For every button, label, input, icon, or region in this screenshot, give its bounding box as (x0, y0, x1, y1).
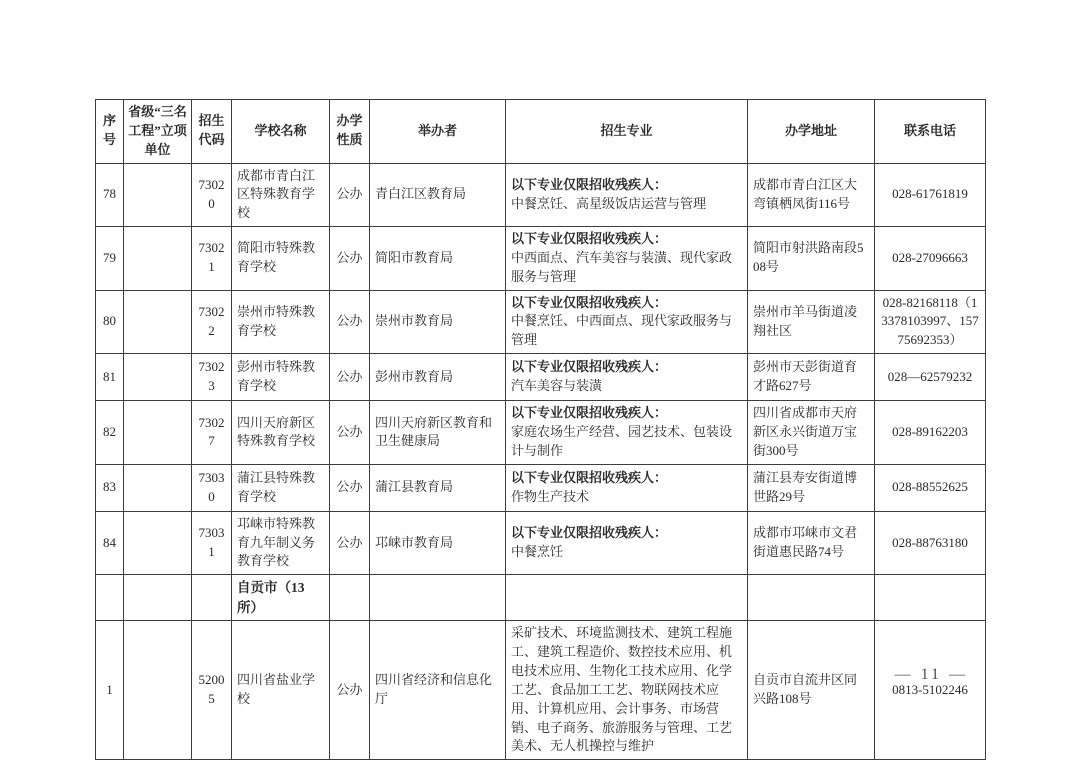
cell-phone: 028-61761819 (875, 163, 986, 227)
empty-cell (370, 575, 506, 621)
section-row: 自贡市（13所） (96, 575, 986, 621)
empty-cell (875, 575, 986, 621)
cell-school: 四川省盐业学校 (232, 621, 330, 760)
majors-list: 作物生产技术 (511, 488, 742, 507)
cell-organizer: 蒲江县教育局 (370, 464, 506, 511)
cell-address: 成都市邛崃市文君街道惠民路74号 (748, 511, 875, 575)
cell-seq: 82 (96, 401, 124, 465)
col-header-project-unit: 省级“三名工程”立项单位 (124, 100, 192, 164)
cell-project-unit (124, 354, 192, 401)
table-row: 152005四川省盐业学校公办四川省经济和信息化厅采矿技术、环境监测技术、建筑工… (96, 621, 986, 760)
cell-school: 邛崃市特殊教育九年制义务教育学校 (232, 511, 330, 575)
cell-nature: 公办 (330, 354, 370, 401)
majors-list: 家庭农场生产经营、园艺技术、包装设计与制作 (511, 423, 742, 461)
col-header-address: 办学地址 (748, 100, 875, 164)
cell-code: 52005 (192, 621, 232, 760)
cell-phone: 028-88763180 (875, 511, 986, 575)
cell-project-unit (124, 621, 192, 760)
cell-phone: 028—62579232 (875, 354, 986, 401)
cell-school: 四川天府新区特殊教育学校 (232, 401, 330, 465)
cell-nature: 公办 (330, 464, 370, 511)
majors-restriction-note: 以下专业仅限招收残疾人： (511, 404, 742, 423)
cell-project-unit (124, 401, 192, 465)
col-header-organizer: 举办者 (370, 100, 506, 164)
table-row: 8273027四川天府新区特殊教育学校公办四川天府新区教育和卫生健康局以下专业仅… (96, 401, 986, 465)
cell-seq: 78 (96, 163, 124, 227)
cell-phone: 028-82168118（13378103997、15775692353） (875, 290, 986, 354)
majors-restriction-note: 以下专业仅限招收残疾人： (511, 230, 742, 249)
cell-seq: 84 (96, 511, 124, 575)
cell-majors: 以下专业仅限招收残疾人：家庭农场生产经营、园艺技术、包装设计与制作 (506, 401, 748, 465)
cell-code: 73023 (192, 354, 232, 401)
cell-majors: 以下专业仅限招收残疾人：中餐烹饪 (506, 511, 748, 575)
cell-code: 73021 (192, 227, 232, 291)
cell-phone: 028-89162203 (875, 401, 986, 465)
section-label: 自贡市（13所） (232, 575, 330, 621)
cell-majors: 以下专业仅限招收残疾人：作物生产技术 (506, 464, 748, 511)
cell-phone: 028-88552625 (875, 464, 986, 511)
cell-majors: 以下专业仅限招收残疾人：中餐烹饪、高星级饭店运营与管理 (506, 163, 748, 227)
schools-table: 序号省级“三名工程”立项单位招生代码学校名称办学性质举办者招生专业办学地址联系电… (95, 99, 986, 760)
cell-address: 成都市青白江区大弯镇栖凤街116号 (748, 163, 875, 227)
cell-organizer: 邛崃市教育局 (370, 511, 506, 575)
cell-school: 彭州市特殊教育学校 (232, 354, 330, 401)
cell-code: 73020 (192, 163, 232, 227)
table-row: 8473031邛崃市特殊教育九年制义务教育学校公办邛崃市教育局以下专业仅限招收残… (96, 511, 986, 575)
majors-restriction-note: 以下专业仅限招收残疾人： (511, 176, 742, 195)
cell-address: 蒲江县寿安街道博世路29号 (748, 464, 875, 511)
cell-organizer: 四川省经济和信息化厅 (370, 621, 506, 760)
cell-nature: 公办 (330, 227, 370, 291)
majors-restriction-note: 以下专业仅限招收残疾人： (511, 524, 742, 543)
cell-address: 崇州市羊马街道凌翔社区 (748, 290, 875, 354)
table-row: 8073022崇州市特殊教育学校公办崇州市教育局以下专业仅限招收残疾人：中餐烹饪… (96, 290, 986, 354)
cell-code: 73022 (192, 290, 232, 354)
majors-list: 汽车美容与装潢 (511, 377, 742, 396)
cell-code: 73031 (192, 511, 232, 575)
header-row: 序号省级“三名工程”立项单位招生代码学校名称办学性质举办者招生专业办学地址联系电… (96, 100, 986, 164)
cell-project-unit (124, 227, 192, 291)
empty-cell (330, 575, 370, 621)
cell-seq: 81 (96, 354, 124, 401)
majors-restriction-note: 以下专业仅限招收残疾人： (511, 358, 742, 377)
cell-nature: 公办 (330, 163, 370, 227)
majors-restriction-note: 以下专业仅限招收残疾人： (511, 294, 742, 313)
empty-cell (96, 575, 124, 621)
cell-phone: 028-27096663 (875, 227, 986, 291)
cell-majors: 以下专业仅限招收残疾人：中西面点、汽车美容与装潢、现代家政服务与管理 (506, 227, 748, 291)
cell-organizer: 崇州市教育局 (370, 290, 506, 354)
cell-phone: 0813-5102246 (875, 621, 986, 760)
cell-majors: 以下专业仅限招收残疾人：中餐烹饪、中西面点、现代家政服务与管理 (506, 290, 748, 354)
cell-school: 成都市青白江区特殊教育学校 (232, 163, 330, 227)
cell-address: 自贡市自流井区同兴路108号 (748, 621, 875, 760)
cell-nature: 公办 (330, 401, 370, 465)
col-header-majors: 招生专业 (506, 100, 748, 164)
cell-school: 崇州市特殊教育学校 (232, 290, 330, 354)
cell-nature: 公办 (330, 511, 370, 575)
majors-list: 中餐烹饪 (511, 543, 742, 562)
empty-cell (192, 575, 232, 621)
cell-project-unit (124, 290, 192, 354)
majors-list: 中餐烹饪、中西面点、现代家政服务与管理 (511, 312, 742, 350)
cell-address: 四川省成都市天府新区永兴街道万宝街300号 (748, 401, 875, 465)
majors-list: 中西面点、汽车美容与装潢、现代家政服务与管理 (511, 249, 742, 287)
cell-organizer: 彭州市教育局 (370, 354, 506, 401)
majors-list: 采矿技术、环境监测技术、建筑工程施工、建筑工程造价、数控技术应用、机电技术应用、… (511, 624, 742, 756)
table-row: 8373030蒲江县特殊教育学校公办蒲江县教育局以下专业仅限招收残疾人：作物生产… (96, 464, 986, 511)
cell-seq: 79 (96, 227, 124, 291)
cell-organizer: 四川天府新区教育和卫生健康局 (370, 401, 506, 465)
cell-organizer: 青白江区教育局 (370, 163, 506, 227)
cell-seq: 80 (96, 290, 124, 354)
table-body: 7873020成都市青白江区特殊教育学校公办青白江区教育局以下专业仅限招收残疾人… (96, 163, 986, 760)
document-page: 序号省级“三名工程”立项单位招生代码学校名称办学性质举办者招生专业办学地址联系电… (0, 0, 1080, 764)
cell-organizer: 简阳市教育局 (370, 227, 506, 291)
cell-project-unit (124, 511, 192, 575)
cell-school: 蒲江县特殊教育学校 (232, 464, 330, 511)
col-header-school: 学校名称 (232, 100, 330, 164)
majors-list: 中餐烹饪、高星级饭店运营与管理 (511, 195, 742, 214)
cell-majors: 以下专业仅限招收残疾人：汽车美容与装潢 (506, 354, 748, 401)
majors-restriction-note: 以下专业仅限招收残疾人： (511, 469, 742, 488)
cell-code: 73030 (192, 464, 232, 511)
cell-code: 73027 (192, 401, 232, 465)
table-row: 7973021简阳市特殊教育学校公办简阳市教育局以下专业仅限招收残疾人：中西面点… (96, 227, 986, 291)
cell-majors: 采矿技术、环境监测技术、建筑工程施工、建筑工程造价、数控技术应用、机电技术应用、… (506, 621, 748, 760)
cell-project-unit (124, 464, 192, 511)
col-header-phone: 联系电话 (875, 100, 986, 164)
cell-seq: 1 (96, 621, 124, 760)
empty-cell (506, 575, 748, 621)
col-header-nature: 办学性质 (330, 100, 370, 164)
col-header-seq: 序号 (96, 100, 124, 164)
cell-school: 简阳市特殊教育学校 (232, 227, 330, 291)
cell-address: 简阳市射洪路南段508号 (748, 227, 875, 291)
col-header-code: 招生代码 (192, 100, 232, 164)
table-row: 7873020成都市青白江区特殊教育学校公办青白江区教育局以下专业仅限招收残疾人… (96, 163, 986, 227)
cell-nature: 公办 (330, 621, 370, 760)
table-row: 8173023彭州市特殊教育学校公办彭州市教育局以下专业仅限招收残疾人：汽车美容… (96, 354, 986, 401)
page-number: — 11 — (895, 666, 968, 684)
cell-nature: 公办 (330, 290, 370, 354)
cell-address: 彭州市天彭街道育才路627号 (748, 354, 875, 401)
empty-cell (748, 575, 875, 621)
cell-project-unit (124, 163, 192, 227)
cell-seq: 83 (96, 464, 124, 511)
empty-cell (124, 575, 192, 621)
